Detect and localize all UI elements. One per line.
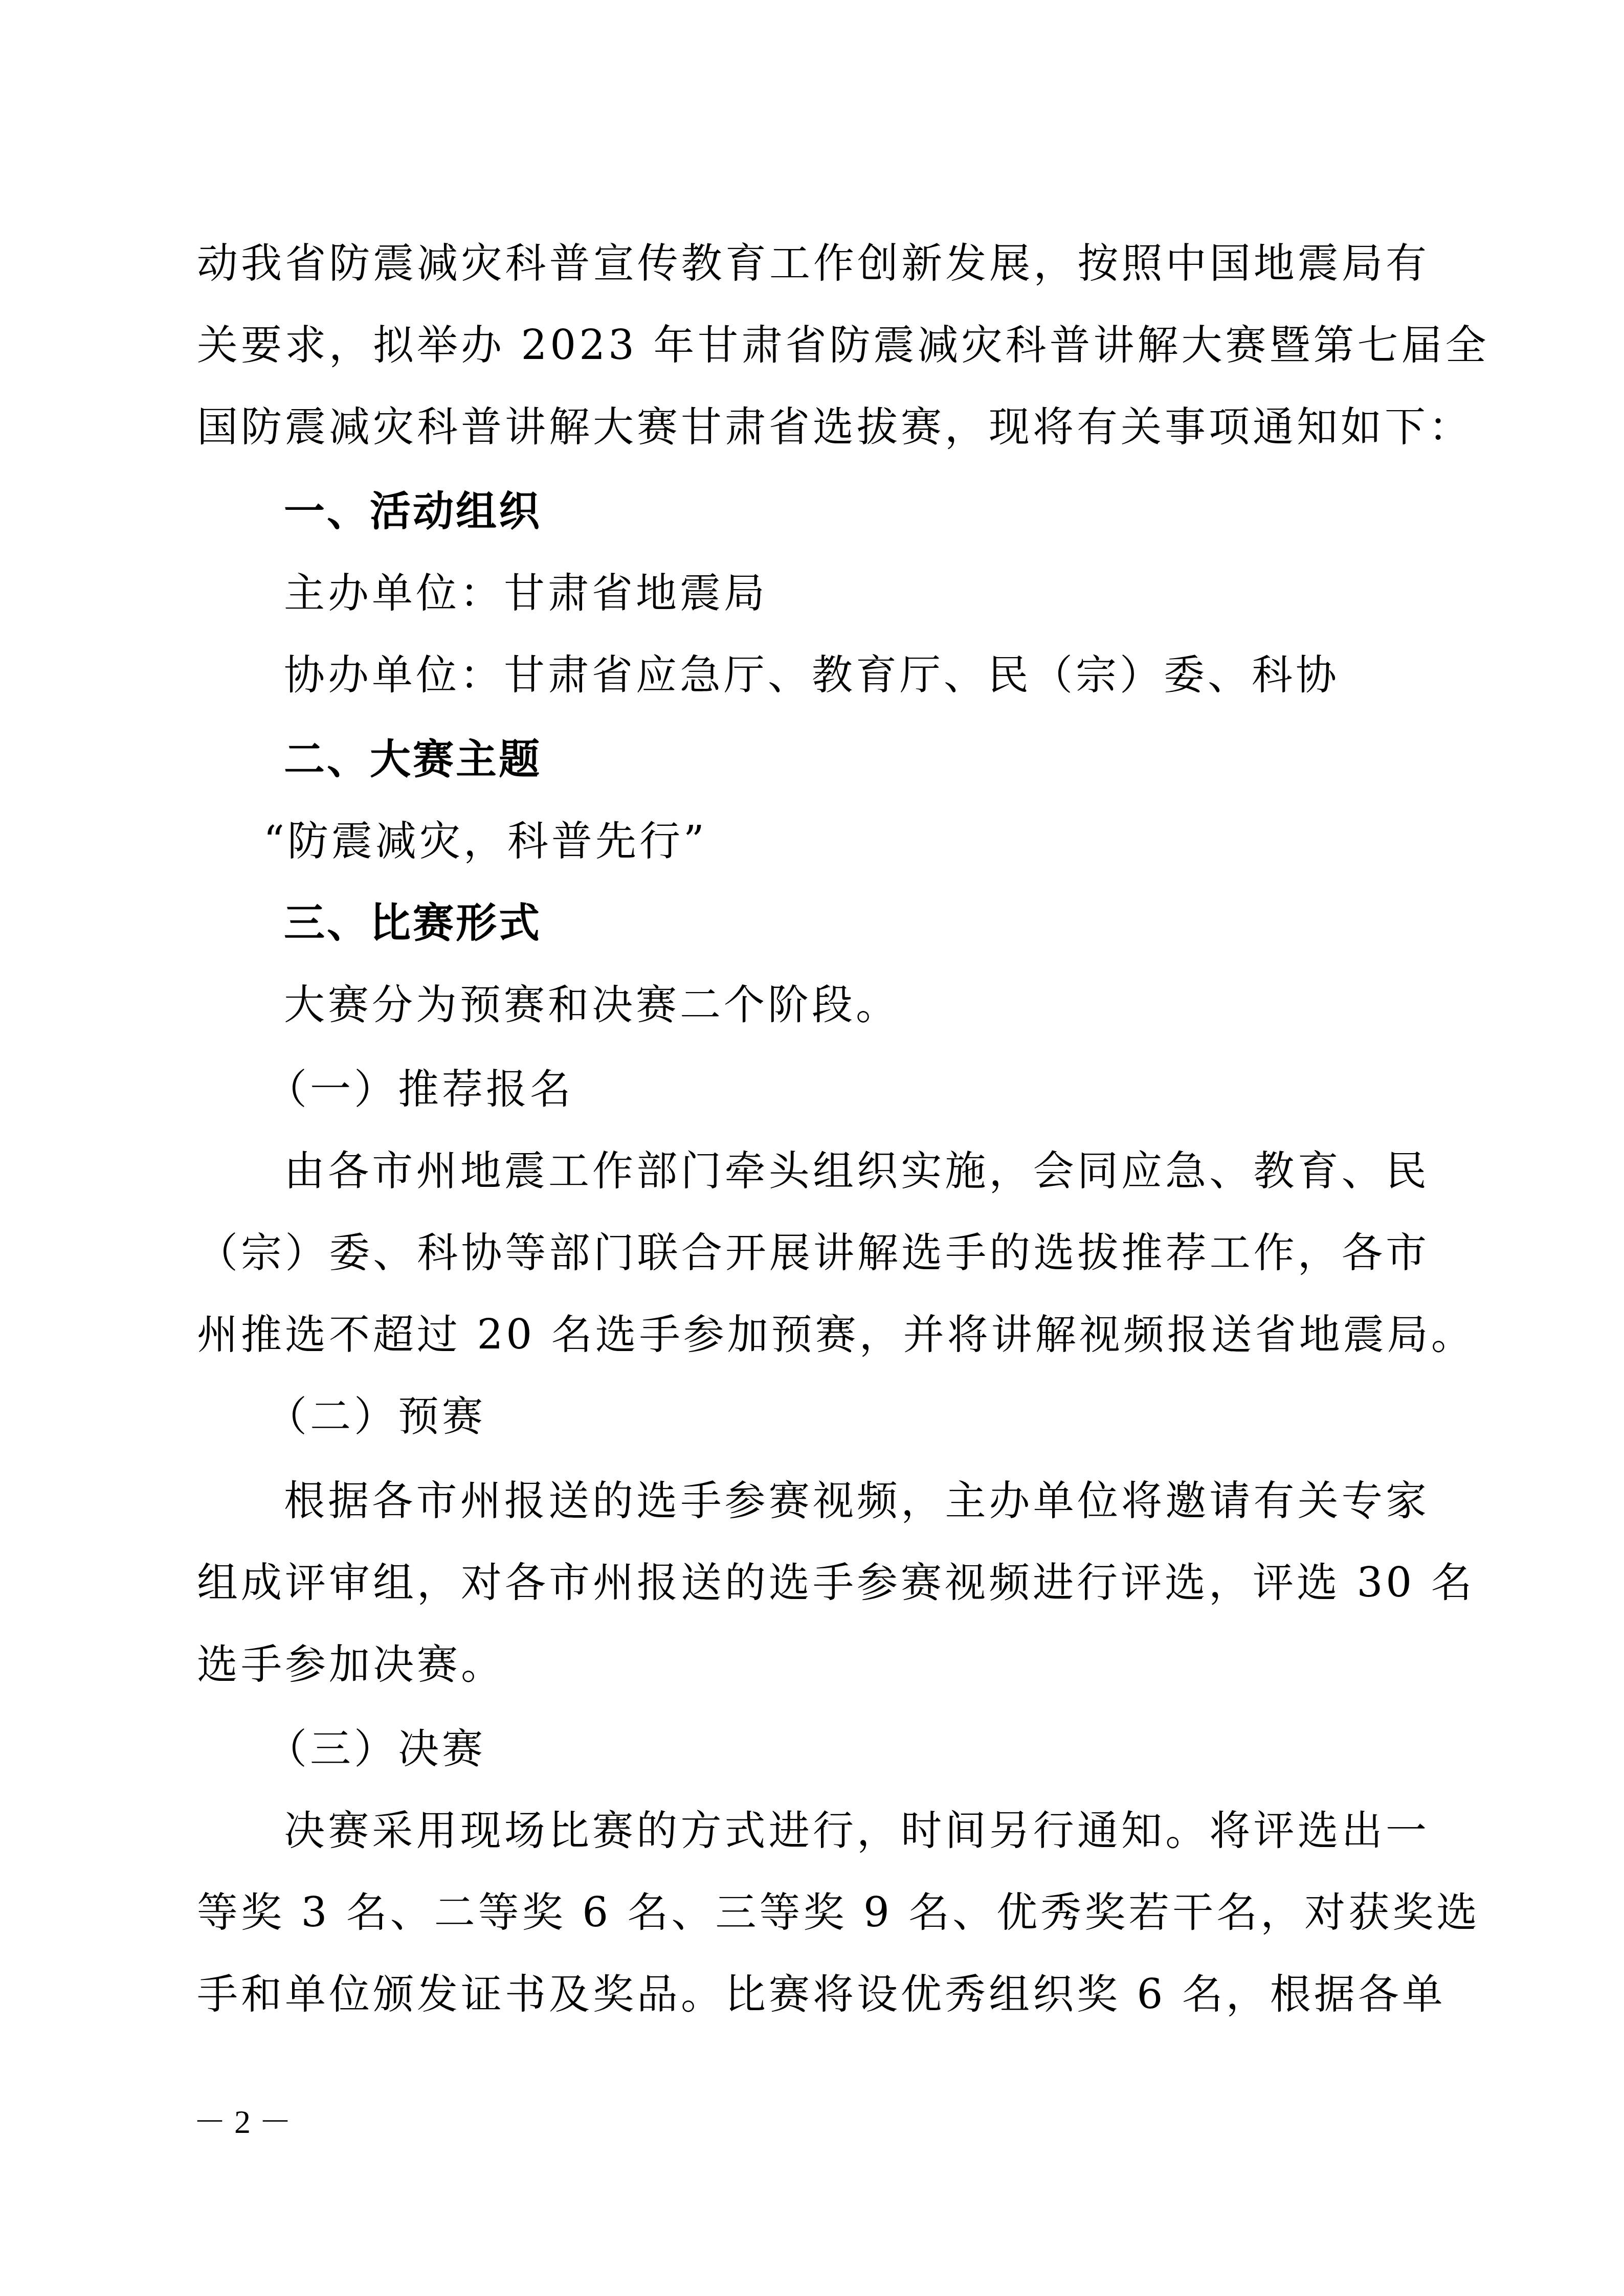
final-line-2: 等奖 3 名、二等奖 6 名、三等奖 9 名、优秀奖若干名，对获奖选 — [197, 1879, 1430, 1946]
intro-line-1: 动我省防震减灾科普宣传教育工作创新发展，按照中国地震局有 — [197, 230, 1430, 297]
final-line-1: 决赛采用现场比赛的方式进行，时间另行通知。将评选出一 — [284, 1797, 1430, 1864]
co-host-units: 协办单位：甘肃省应急厅、教育厅、民（宗）委、科协 — [284, 642, 1430, 708]
subsection-heading-registration: （一）推荐报名 — [266, 1056, 1412, 1122]
intro-line-3: 国防震减灾科普讲解大赛甘肃省选拔赛，现将有关事项通知如下： — [197, 394, 1430, 460]
subsection-heading-preliminary: （二）预赛 — [266, 1383, 1412, 1450]
preliminary-line-2: 组成评审组，对各市州报送的选手参赛视频进行评选，评选 30 名 — [197, 1549, 1430, 1616]
section-heading-format: 三、比赛形式 — [284, 890, 1430, 956]
registration-line-3: 州推选不超过 20 名选手参加预赛，并将讲解视频报送省地震局。 — [197, 1301, 1430, 1368]
section-heading-activity-organization: 一、活动组织 — [284, 478, 1430, 545]
format-summary: 大赛分为预赛和决赛二个阶段。 — [284, 972, 1430, 1038]
preliminary-line-1: 根据各市州报送的选手参赛视频，主办单位将邀请有关专家 — [284, 1468, 1430, 1534]
subsection-heading-final: （三）决赛 — [266, 1716, 1412, 1782]
document-page: 动我省防震减灾科普宣传教育工作创新发展，按照中国地震局有 关要求，拟举办 202… — [0, 0, 1624, 2296]
registration-line-2: （宗）委、科协等部门联合开展讲解选手的选拔推荐工作，各市 — [197, 1220, 1430, 1286]
section-heading-theme: 二、大赛主题 — [284, 726, 1430, 793]
registration-line-1: 由各市州地震工作部门牵头组织实施，会同应急、教育、民 — [284, 1138, 1430, 1204]
final-line-3: 手和单位颁发证书及奖品。比赛将设优秀组织奖 6 名，根据各单 — [197, 1961, 1430, 2028]
preliminary-line-3: 选手参加决赛。 — [197, 1631, 1430, 1698]
page-number: － 2 － — [193, 2099, 292, 2145]
host-unit: 主办单位：甘肃省地震局 — [284, 560, 1430, 626]
intro-line-2: 关要求，拟举办 2023 年甘肃省防震减灾科普讲解大赛暨第七届全 — [197, 312, 1430, 378]
contest-theme: “防震减灾，科普先行” — [263, 808, 1409, 874]
